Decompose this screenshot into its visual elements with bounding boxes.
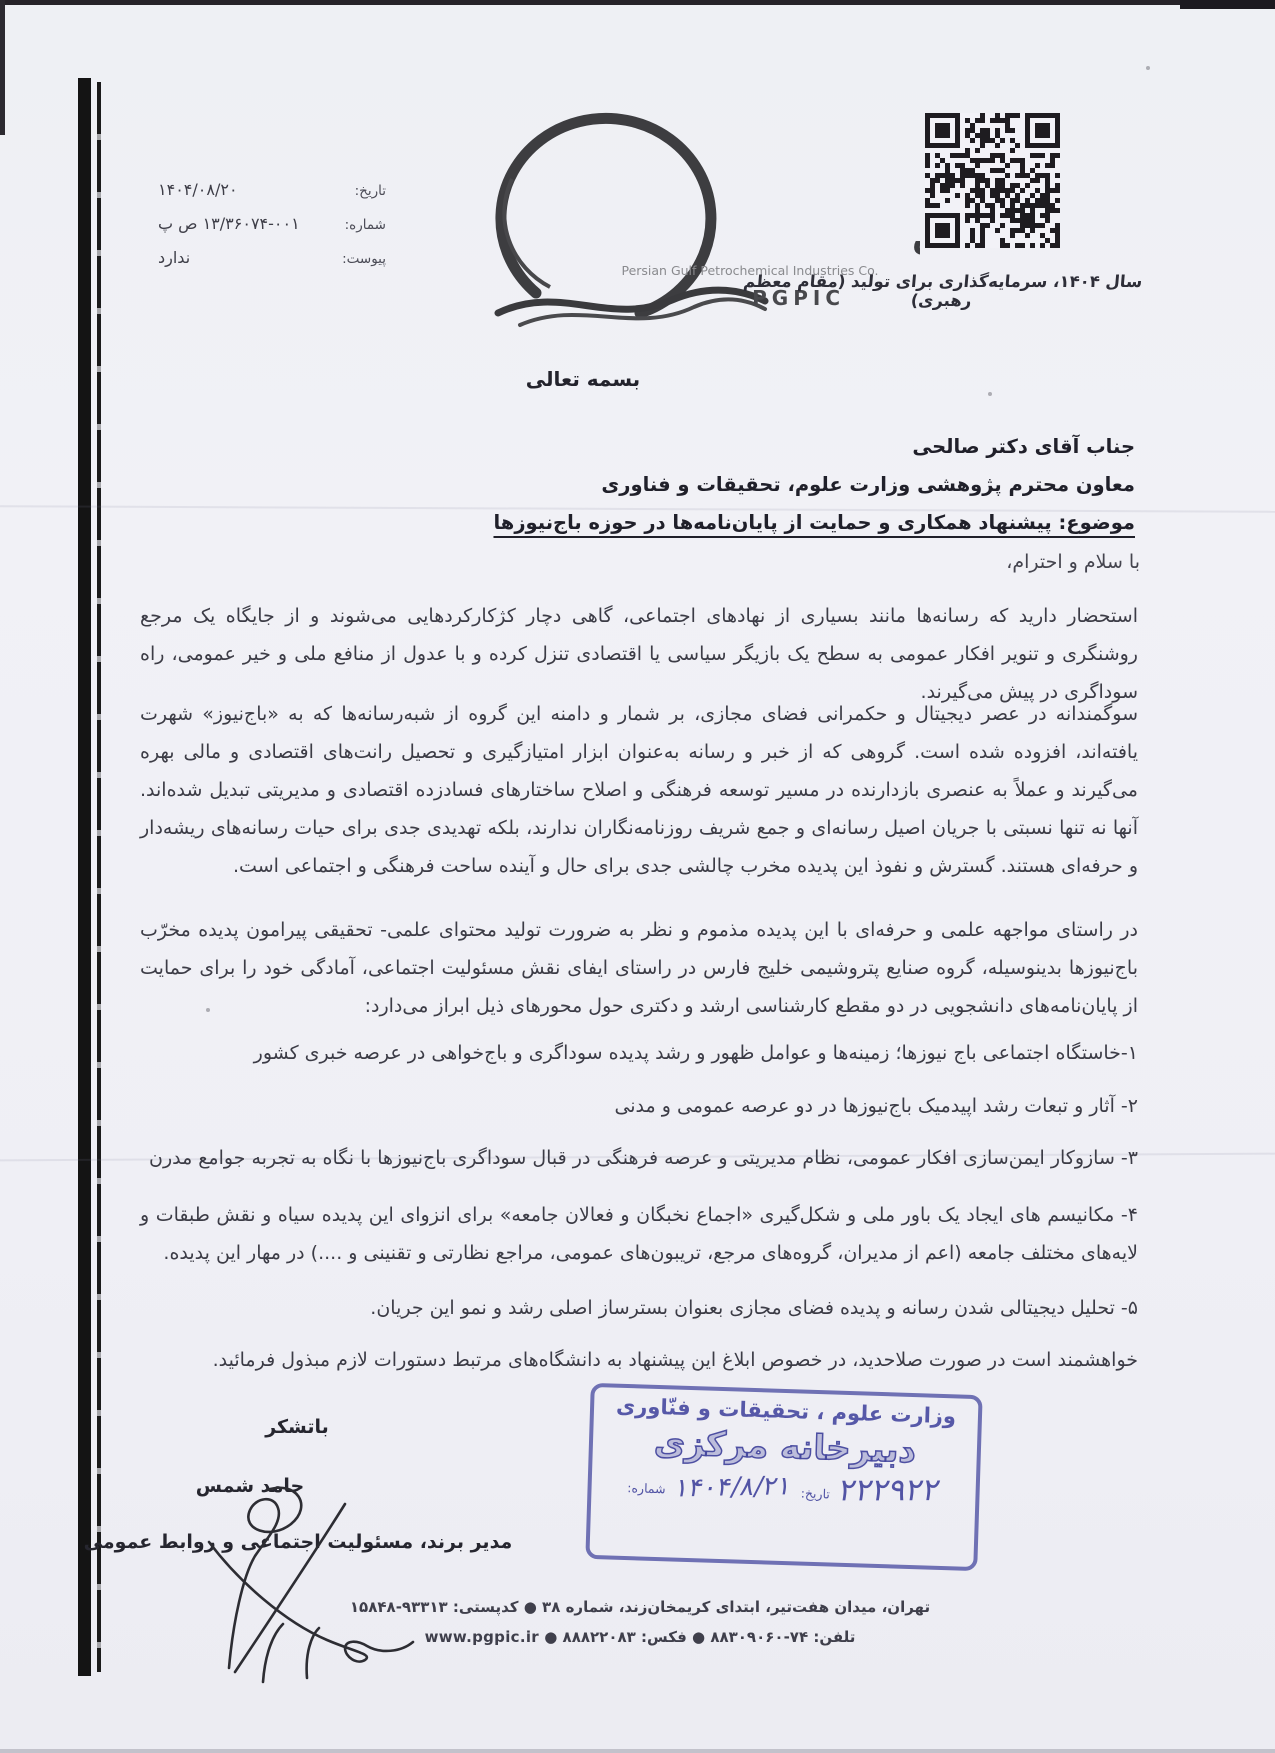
logo-title-fa: شرکت صنایع پتروشیمی خلیج فارس	[912, 216, 920, 256]
paragraph-3: در راستای مواجهه علمی و حرفه‌ای با این پ…	[140, 911, 1138, 1025]
date-value: ۱۴۰۴/۰۸/۲۰	[158, 180, 238, 199]
scan-top-edge-right	[1180, 0, 1275, 9]
scan-speck	[988, 392, 992, 396]
registry-stamp: وزارت علوم ، تحقیقات و فنّاوری دبیرخانه …	[585, 1383, 982, 1571]
stamp-number: ۲۲۲۹۲۲	[837, 1472, 944, 1508]
recipient-title: معاون محترم پژوهشی وزارت علوم، تحقیقات و…	[493, 466, 1135, 504]
paragraph-2: سوگمندانه در عصر دیجیتال و حکمرانی فضای …	[140, 695, 1138, 885]
letter-reference-fields: تاریخ: ۱۴۰۴/۰۸/۲۰ شماره: ۱۳/۳۶۰۷۴-۰۰۱ ص …	[158, 180, 386, 282]
year-slogan: سال ۱۴۰۴، سرمایه‌گذاری برای تولید (مقام …	[736, 272, 1147, 310]
date-field: تاریخ: ۱۴۰۴/۰۸/۲۰	[158, 180, 386, 199]
footer-address: تهران، میدان هفت‌تیر، ابتدای کریمخان‌زند…	[295, 1592, 985, 1622]
scan-top-edge	[0, 0, 1275, 5]
stamp-number-label: شماره:	[627, 1480, 666, 1496]
list-item-5: ۵- تحلیل دیجیتالی شدن رسانه و پدیده فضای…	[140, 1289, 1138, 1327]
attachment-value: ندارد	[158, 248, 190, 267]
bismillah: بسمه تعالی	[498, 367, 668, 391]
handwritten-signature-icon	[205, 1482, 440, 1697]
number-field: شماره: ۱۳/۳۶۰۷۴-۰۰۱ ص پ	[158, 214, 386, 233]
paragraph-1: استحضار دارید که رسانه‌ها مانند بسیاری ا…	[140, 597, 1138, 711]
scan-bottom-edge	[0, 1749, 1275, 1753]
letterhead-footer: تهران، میدان هفت‌تیر، ابتدای کریمخان‌زند…	[295, 1592, 985, 1652]
scan-speck	[1146, 66, 1150, 70]
logo-swirl-icon	[501, 118, 711, 313]
date-label: تاریخ:	[355, 183, 386, 199]
footer-contacts: تلفن: ۷۴-۸۸۳۰۹۰۶۰ ● فکس: ۸۸۸۲۲۰۸۳ ● www.…	[295, 1622, 985, 1652]
closing-request: خواهشمند است در صورت صلاحدید، در خصوص اب…	[140, 1341, 1138, 1379]
list-item-1: ۱-خاستگاه اجتماعی باج نیوزها؛ زمینه‌ها و…	[140, 1034, 1138, 1072]
number-label: شماره:	[345, 217, 386, 233]
list-item-3: ۳- سازوکار ایمن‌سازی افکار عمومی، نظام م…	[140, 1139, 1138, 1177]
binding-bar-thin	[97, 82, 101, 1672]
attachment-label: پیوست:	[342, 251, 386, 267]
stamp-date: ۱۴۰۴/۸/۲۱	[672, 1471, 794, 1503]
qr-code-icon	[925, 113, 1060, 248]
list-item-2: ۲- آثار و تبعات رشد اپیدمیک باج‌نیوزها د…	[140, 1087, 1138, 1125]
subject-line: موضوع: پیشنهاد همکاری و حمایت از پایان‌ن…	[493, 504, 1135, 542]
number-value: ۱۳/۳۶۰۷۴-۰۰۱ ص پ	[158, 214, 300, 233]
stamp-date-label: تاریخ:	[801, 1486, 831, 1502]
scan-left-edge	[0, 0, 5, 135]
recipient-block: جناب آقای دکتر صالحی معاون محترم پژوهشی …	[493, 428, 1135, 542]
salutation: با سلام و احترام،	[140, 551, 1140, 573]
signature-thanks: باتشکر	[252, 1416, 342, 1438]
binding-bar-thick	[78, 78, 91, 1676]
scanned-letter-page: تاریخ: ۱۴۰۴/۰۸/۲۰ شماره: ۱۳/۳۶۰۷۴-۰۰۱ ص …	[0, 0, 1275, 1753]
recipient-name: جناب آقای دکتر صالحی	[493, 428, 1135, 466]
attachment-field: پیوست: ندارد	[158, 248, 386, 267]
list-item-4: ۴- مکانیسم های ایجاد یک باور ملی و شکل‌گ…	[140, 1196, 1138, 1272]
